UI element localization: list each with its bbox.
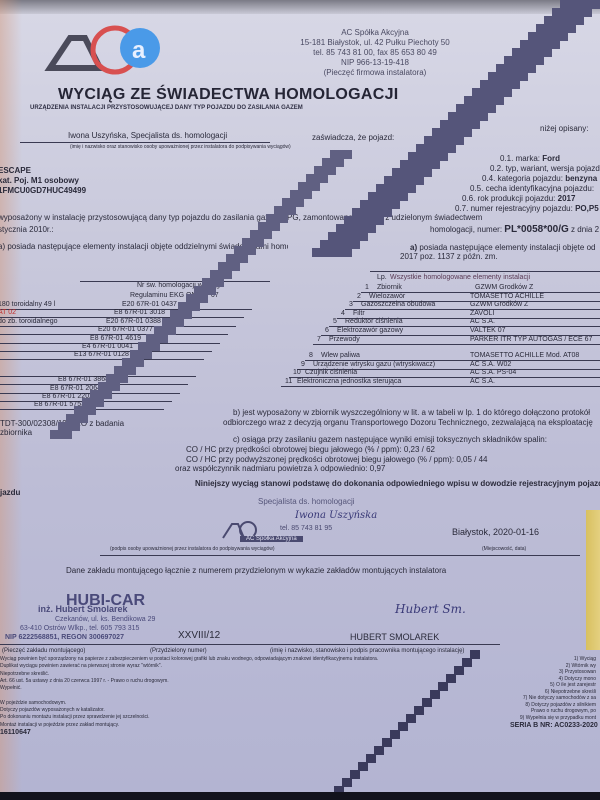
vehicle-model: ESCAPE <box>0 166 31 176</box>
homologation-number: E4 67R-01 0041 <box>82 343 133 350</box>
registration-notice: Niniejszy wyciąg stanowi podstawę do dok… <box>195 479 600 489</box>
undersigned-text: niżej opisany: <box>540 124 588 134</box>
certifier-caption: (imię i nazwisko oraz stanowisko osoby u… <box>70 144 291 150</box>
row-element: Elektroniczna jednostka sterująca <box>297 378 401 385</box>
table-header-elements: Wszystkie homologowane elementy instalac… <box>390 274 530 281</box>
footnote: 1) Wyciąg <box>574 656 596 662</box>
mechanic-name: HUBERT SMOLAREK <box>350 632 439 642</box>
table-rule <box>313 344 600 345</box>
table-rule <box>281 386 600 387</box>
registration-notice-left: jazdu <box>0 488 20 498</box>
section-c-text: c) osiąga przy zasilaniu gazem następują… <box>233 435 547 445</box>
footnote: 3) Przystosowan <box>559 669 596 675</box>
workshop-stamp-caption: (Pieczęć zakładu montującego) <box>2 648 85 654</box>
footnote: 7) Nie dotyczy samochodów z sa <box>523 695 596 701</box>
mask-block <box>50 430 72 439</box>
mechanic-signature-icon: Hubert Sm. <box>395 602 466 616</box>
date-left: stycznia 2010r.: <box>0 225 54 235</box>
row-number: 3 <box>349 301 353 308</box>
footnote: Prawo o ruchu drogowym, po <box>531 708 596 714</box>
workshop-person-caption: (imię i nazwisko, stanowisko i podpis pr… <box>270 648 464 654</box>
field-make: 0.1. marka: Ford <box>500 154 560 164</box>
row-element: Urządzenie wtrysku gazu (wtryskiwacz) <box>313 361 435 368</box>
section-b-line2: odbiorczego wraz z decyzją organu Transp… <box>223 418 593 428</box>
row-maker: TOMASETTO ACHILLE Mod. AT08 <box>470 352 579 359</box>
row-maker: TOMASETTO ACHILLE <box>470 293 544 300</box>
footnote-code: 16110647 <box>0 729 31 736</box>
row-maker: VALTEK 07 <box>470 327 506 334</box>
divider <box>100 555 580 556</box>
section-c-line1: CO / HC przy prędkości obrotowej biegu j… <box>186 445 435 455</box>
homologation-number: E8 67R-01 3018 <box>114 309 165 316</box>
row-element: Filtr <box>353 310 365 317</box>
footnote: Po dokonaniu montażu instalacji przez sp… <box>0 714 150 720</box>
row-maker: GZWM Grodków Z <box>470 301 528 308</box>
field-type: 0.2. typ, wariant, wersja pojazdu: <box>490 164 600 174</box>
section-b-line1: b) jest wyposażony w zbiornik wyszczegól… <box>233 408 590 418</box>
row-element: Elektrozawór gazowy <box>337 327 403 334</box>
stamp-company: AC Spółka Akcyjna <box>300 28 450 38</box>
workshop-owner: inż. Hubert Smolarek <box>38 604 128 614</box>
footnote: 6) Niepotrzebne skreśli <box>545 689 596 695</box>
row-number: 6 <box>325 327 329 334</box>
workshop-number-caption: (Przydzielony numer) <box>150 648 207 654</box>
row-number: 9 <box>301 361 305 368</box>
table-header-lp: Lp. <box>377 274 387 281</box>
signature: Iwona Uszyńska <box>295 510 377 521</box>
workshop-number: XXVIII/12 <box>178 630 220 641</box>
element-spec: do zb. toroidalnego <box>0 318 58 325</box>
footnote: Duplikat wyciągu powinien zawierać na pi… <box>0 663 162 669</box>
vehicle-category: kat. Poj. M1 osobowy <box>0 176 79 186</box>
footnote: 2) Wtórnik wy <box>566 663 596 669</box>
row-number: 10 <box>293 369 301 376</box>
footnote: 4) Dotyczy mono <box>558 676 596 682</box>
signature-stamp-phone: tel. 85 743 81 95 <box>280 525 332 532</box>
row-maker: AC S.A. PS-04 <box>470 369 516 376</box>
serial-number: SERIA B NR: AC0233-2020 <box>510 722 598 729</box>
stamp-address: 15-181 Białystok, ul. 42 Pułku Piechoty … <box>300 38 450 48</box>
footnote: Art. 66 ust. 5a ustawy z dnia 20 czerwca… <box>0 678 169 684</box>
homologation-number: E20 67R-01 0377 <box>98 326 153 333</box>
row-maker: GZWM Grodków Z <box>475 284 533 291</box>
row-maker: ZAVOLI <box>470 310 494 317</box>
homologation-number: E20 67R-01 0437 <box>122 301 177 308</box>
element-spec: 180 toroidalny 49 l <box>0 301 55 308</box>
homologation-number: E20 67R-01 0388 <box>106 318 161 325</box>
tdt-ref2: zbiornika <box>0 428 32 438</box>
stamp-caption: (Pieczęć firmowa instalatora) <box>300 68 450 78</box>
row-number: 5 <box>333 318 337 325</box>
row-maker: AC S.A. W02 <box>470 361 511 368</box>
page-top-shadow <box>0 0 600 14</box>
row-number: 1 <box>365 284 369 291</box>
footnote: Wyciąg powinien być sporządzony na papie… <box>0 656 378 662</box>
footnote: Montaż instalacji w pojeździe przez zakł… <box>0 722 119 728</box>
row-number: 2 <box>357 293 361 300</box>
signature-caption: (podpis osoby upoważnionej przez instala… <box>110 546 275 552</box>
yellow-tab <box>586 510 600 650</box>
field-production-year: 0.6. rok produkcji pojazdu: 2017 <box>462 194 575 204</box>
field-category: 0.4. kategoria pojazdu: benzyna <box>482 174 597 184</box>
signature-role: Specjalista ds. homologacji <box>258 497 355 507</box>
section-a-ref: 2017 poz. 1137 z późn. zm. <box>400 252 498 262</box>
footnote: 8) Dotyczy pojazdów z silnikiem <box>525 702 596 708</box>
row-maker: AC S.A. <box>470 318 495 325</box>
row-number: 7 <box>317 336 321 343</box>
stamp-nip: NIP 966-13-19-418 <box>300 58 450 68</box>
row-maker: AC S.A. <box>470 378 495 385</box>
row-number: 4 <box>341 310 345 317</box>
row-element: Wielozawór <box>369 293 405 300</box>
workshop-address1: Czekanów, ul. ks. Bendikowa 29 <box>55 616 155 623</box>
element-spec: AT 02 <box>0 309 16 316</box>
signature-stamp-company: AC Spółka Akcyjna <box>240 536 303 542</box>
divider <box>80 281 270 282</box>
place-date-caption: (Miejscowość, data) <box>482 546 526 552</box>
stamp-phone: tel. 85 743 81 00, fax 85 653 80 49 <box>300 48 450 58</box>
mask-block <box>312 248 352 257</box>
footnote: 5) O ile jest zarejestr <box>550 682 596 688</box>
footnote: Niepotrzebne skreślić. <box>0 671 49 677</box>
vehicle-vin: 1FMCU0GD7HUC49499 <box>0 186 86 196</box>
homologation-line: homologacji, numer: PL*0058*00/G z dnia … <box>430 225 599 235</box>
svg-text:a: a <box>132 37 146 64</box>
divider <box>20 142 270 143</box>
ac-logo-icon: a <box>40 18 170 80</box>
workshop-nip: NIP 6222568851, REGON 300697027 <box>5 634 124 641</box>
row-maker: PARKER ITR TYP AUTOGAS / ECE 67 <box>470 336 592 343</box>
footnote: Wypełnić. <box>0 685 22 691</box>
certifier-name: Iwona Uszyńska, Specjalista ds. homologa… <box>68 131 227 141</box>
installation-text: wyposażony w instalację przystosowującą … <box>0 213 482 223</box>
divider <box>370 271 600 272</box>
row-element: Gazoszczelna obudowa <box>361 301 435 308</box>
divider <box>0 644 500 645</box>
row-number: 11 <box>285 378 292 385</box>
footnote: Dotyczy pojazdów wyposażonych w kataliza… <box>0 707 105 713</box>
row-element: Zbiornik <box>377 284 402 291</box>
homologation-number: E13 67R-01 0128 <box>74 351 129 358</box>
table-rule <box>0 359 204 360</box>
installer-stamp: AC Spółka Akcyjna 15-181 Białystok, ul. … <box>300 28 450 78</box>
workshop-address2: 63-410 Ostrów Wlkp., tel. 605 793 315 <box>20 625 139 632</box>
background-surface <box>0 792 600 800</box>
row-element: Reduktor ciśnienia <box>345 318 403 325</box>
workshop-intro: Dane zakładu montującego łącznie z numer… <box>66 566 446 576</box>
row-element: Przewody <box>329 336 360 343</box>
document-subtitle: URZĄDZENIA INSTALACJI PRZYSTOSOWUJĄCEJ D… <box>30 105 303 111</box>
row-element: Czujnik ciśnienia <box>305 369 357 376</box>
certifies-text: zaświadcza, że pojazd: <box>312 133 394 143</box>
document-page: a AC Spółka Akcyjna 15-181 Białystok, ul… <box>0 0 600 792</box>
place-date: Białystok, 2020-01-16 <box>452 527 539 537</box>
document-title: WYCIĄG ZE ŚWIADECTWA HOMOLOGACJI <box>58 86 399 104</box>
footnote: W pojeździe samochodowym. <box>0 700 66 706</box>
footnote: 9) Wypełnia się w przypadku mont <box>520 715 596 721</box>
section-c-line3: oraz współczynnik nadmiaru powietrza λ o… <box>175 464 385 474</box>
field-identification: 0.5. cecha identyfikacyjna pojazdu: <box>470 184 594 194</box>
row-element: Wlew paliwa <box>321 352 360 359</box>
row-number: 8 <box>309 352 313 359</box>
homologation-number: E8 67R-01 4619 <box>90 335 141 342</box>
